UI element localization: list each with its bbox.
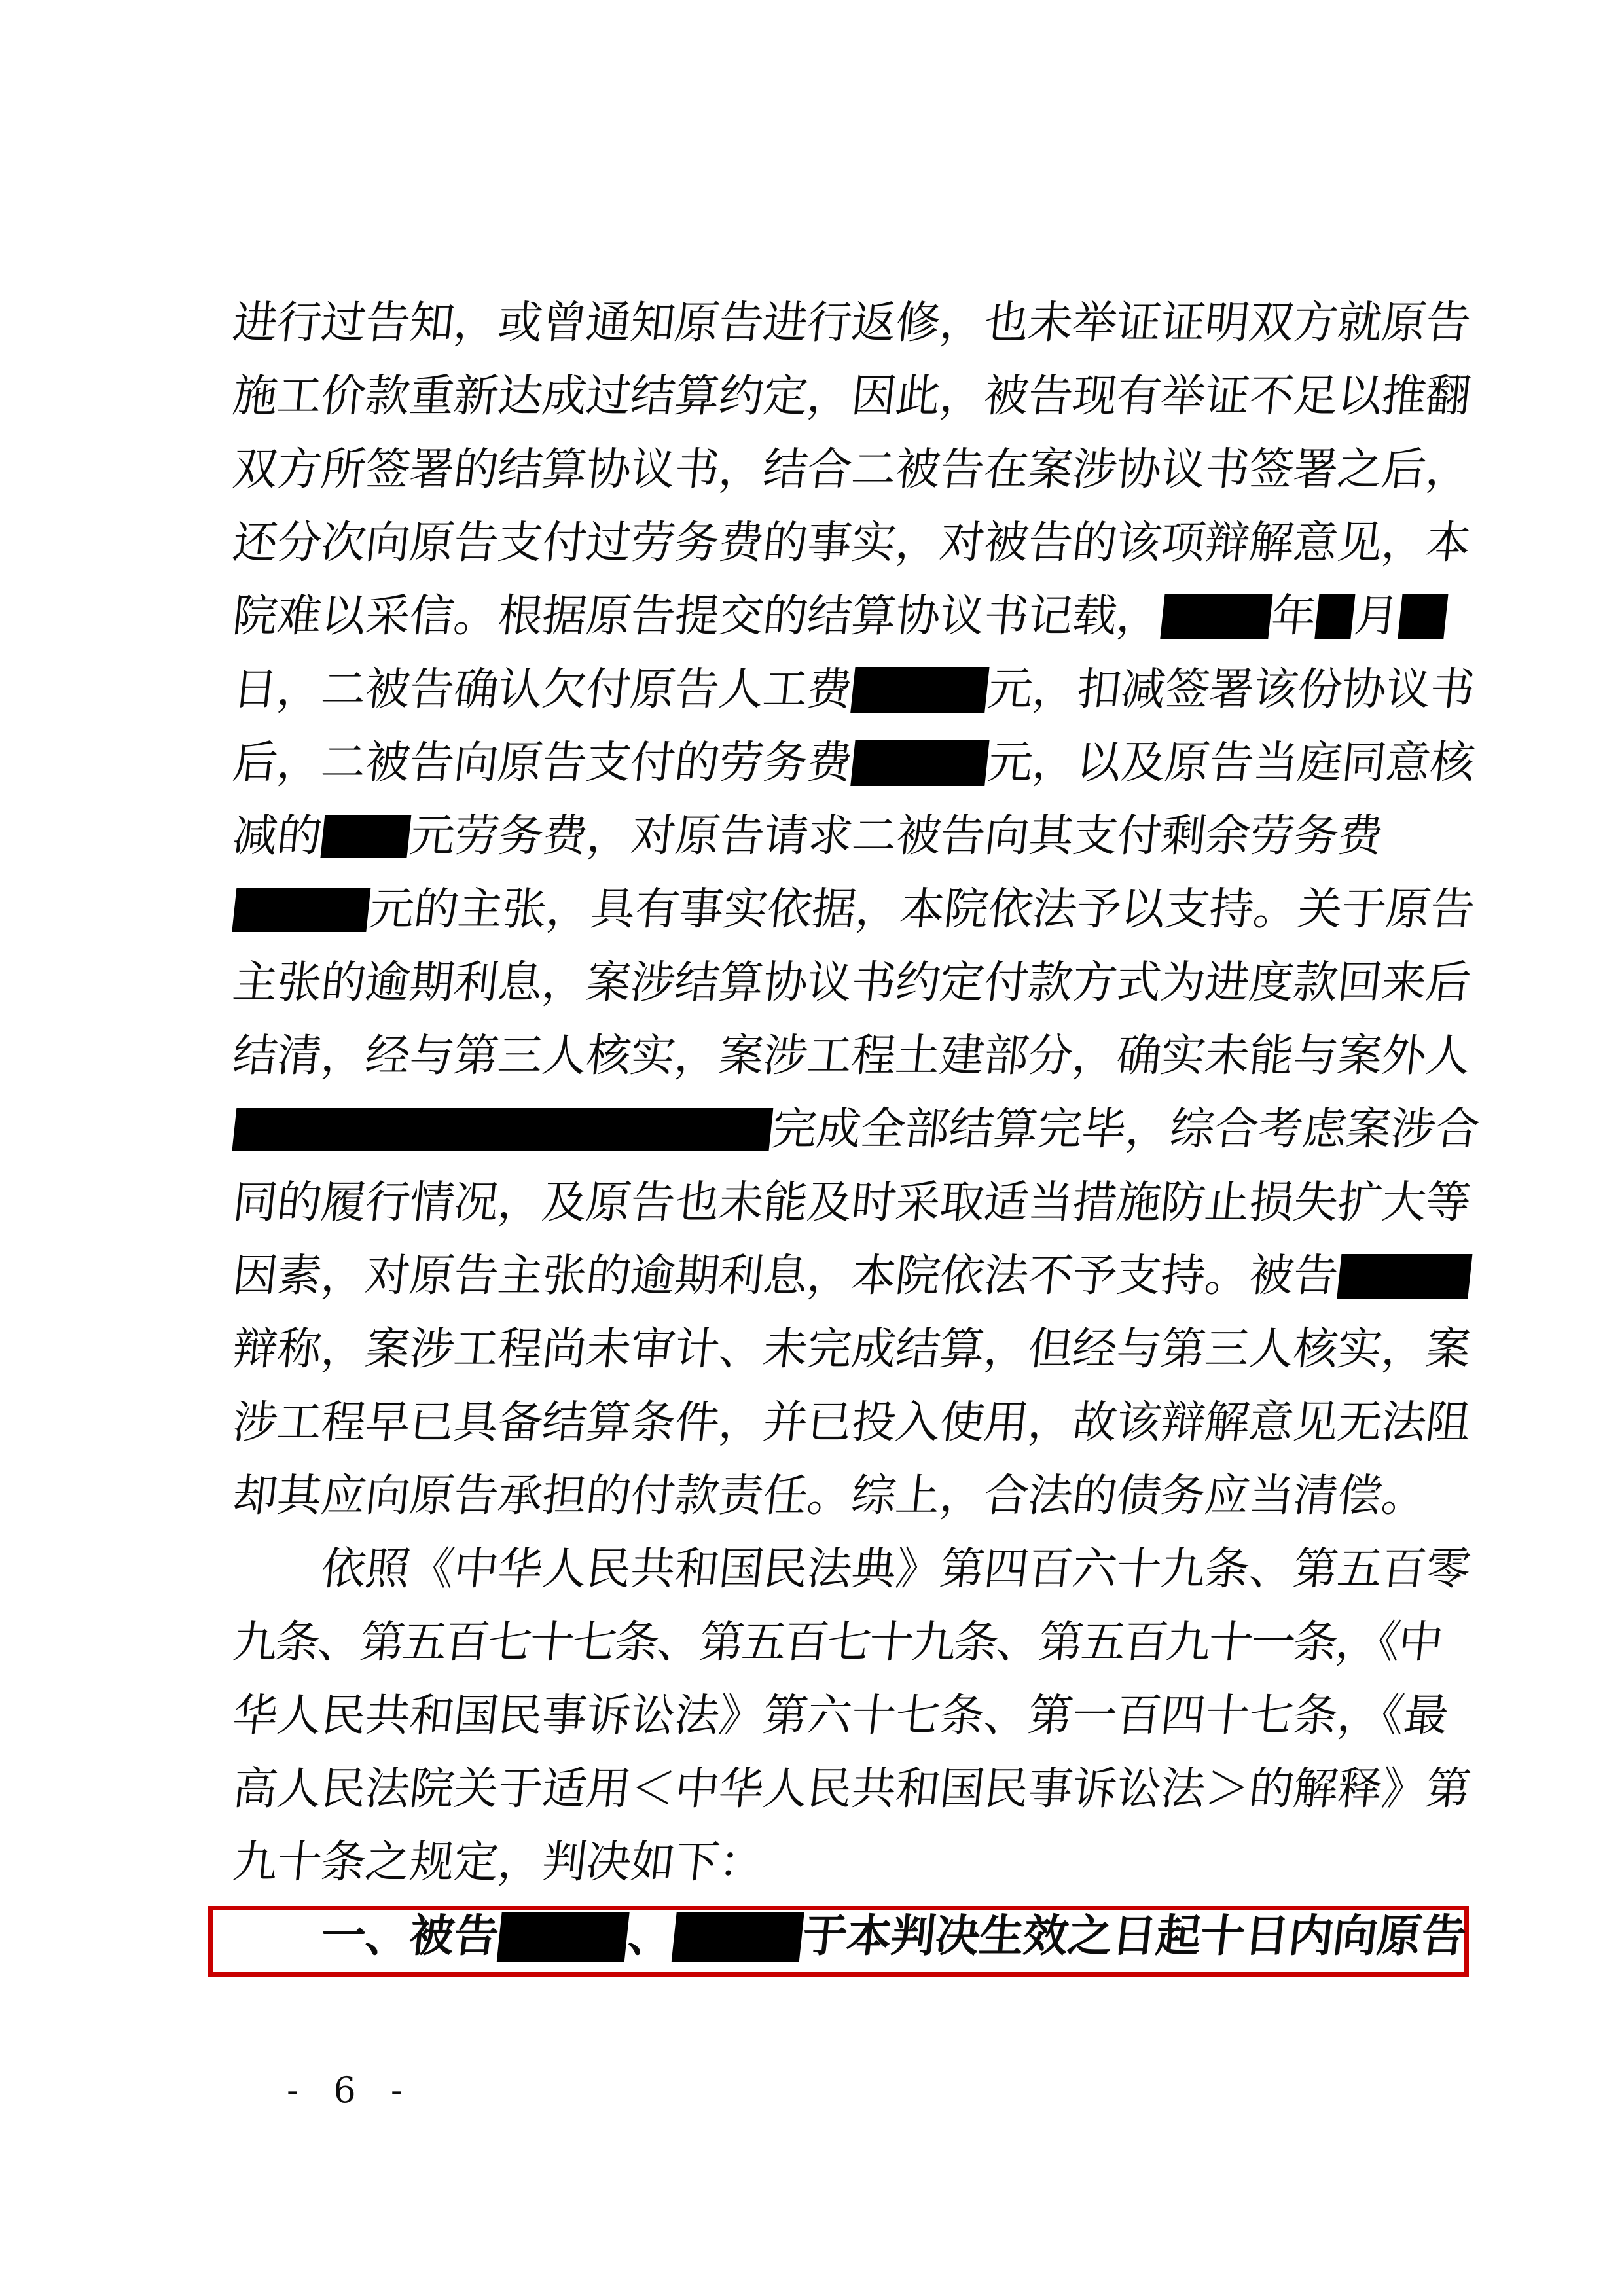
text-line-7: 后，二被告向原告支付的劳务费元，以及原告当庭同意核 (229, 726, 1475, 800)
text-line-2: 施工价款重新达成过结算约定，因此，被告现有举证不足以推翻 (229, 360, 1475, 433)
text-line-19: 九条、第五百七十七条、第五百七十九条、第五百九十一条，《中 (229, 1606, 1475, 1679)
redaction-box (232, 1108, 773, 1151)
judgment-text-block: 进行过告知，或曾通知原告进行返修，也未举证证明双方就原告施工价款重新达成过结算约… (229, 287, 1468, 1973)
text-segment: 同的履行情况，及原告也未能及时采取适当措施防止损失扩大等 (230, 1177, 1473, 1229)
judgment-item-line: 一、被告、于本判决生效之日起十日内向原告 (229, 1899, 1475, 1973)
text-segment: 院难以采信。根据原告提交的结算协议书记载， (230, 590, 1164, 642)
text-segment: 九条、第五百七十七条、第五百七十九条、第五百九十一条，《中 (230, 1617, 1444, 1668)
text-segment: 因素，对原告主张的逾期利息，本院依法不予支持。被告 (230, 1250, 1341, 1302)
redaction-box (320, 815, 411, 858)
text-segment: 九十条之规定，判决如下： (230, 1837, 766, 1888)
text-segment: 施工价款重新达成过结算约定，因此，被告现有举证不足以推翻 (230, 370, 1473, 422)
text-segment: 减的 (230, 810, 324, 862)
text-segment: 元，扣减签署该份协议书 (986, 664, 1477, 715)
text-segment: 一、被告 (319, 1910, 501, 1962)
text-segment: 结清，经与第三人核实，案涉工程土建部分，确实未能与案外人 (230, 1030, 1473, 1082)
text-segment: 后，二被告向原告支付的劳务费 (230, 737, 854, 789)
text-segment: 元的主张，具有事实依据，本院依法予以支持。关于原告 (367, 884, 1477, 935)
redaction-box (1160, 594, 1272, 639)
redaction-box (850, 667, 989, 713)
text-segment: 日，二被告确认欠付原告人工费 (230, 664, 854, 715)
text-segment: 辩称，案涉工程尚未审计、未完成结算，但经与第三人核实，案 (230, 1323, 1473, 1375)
document-page: 进行过告知，或曾通知原告进行返修，也未举证证明双方就原告施工价款重新达成过结算约… (0, 0, 1624, 2296)
text-segment: 月 (1352, 590, 1401, 642)
text-line-8: 减的元劳务费，对原告请求二被告向其支付剩余劳务费 (229, 800, 1475, 873)
text-line-12: 完成全部结算完毕，综合考虑案涉合 (229, 1093, 1475, 1166)
text-line-4: 还分次向原告支付过劳务费的事实，对被告的该项辩解意见，本 (229, 507, 1475, 580)
text-line-13: 同的履行情况，及原告也未能及时采取适当措施防止损失扩大等 (229, 1166, 1475, 1240)
text-segment: 高人民法院关于适用＜中华人民共和国民事诉讼法＞的解释》第 (230, 1763, 1473, 1815)
text-line-3: 双方所签署的结算协议书，结合二被告在案涉协议书签署之后， (229, 433, 1475, 507)
redaction-box (1337, 1254, 1472, 1299)
page-number: - 6 - (287, 2070, 408, 2111)
text-line-21: 高人民法院关于适用＜中华人民共和国民事诉讼法＞的解释》第 (229, 1753, 1475, 1826)
redaction-box (850, 740, 989, 786)
text-line-18: 依照《中华人民共和国民法典》第四百六十九条、第五百零 (229, 1533, 1475, 1606)
text-line-14: 因素，对原告主张的逾期利息，本院依法不予支持。被告 (229, 1240, 1475, 1313)
text-line-16: 涉工程早已具备结算条件，并已投入使用，故该辩解意见无法阻 (229, 1386, 1475, 1460)
text-line-9: 元的主张，具有事实依据，本院依法予以支持。关于原告 (229, 873, 1475, 946)
text-segment: 依照《中华人民共和国民法典》第四百六十九条、第五百零 (319, 1543, 1473, 1595)
text-segment: 华人民共和国民事诉讼法》第六十七条、第一百四十七条，《最 (230, 1690, 1451, 1742)
redaction-box (1314, 594, 1355, 639)
text-segment: 元，以及原告当庭同意核 (986, 737, 1477, 789)
text-segment: 年 (1269, 590, 1318, 642)
redaction-box (1398, 594, 1448, 639)
text-segment: 主张的逾期利息，案涉结算协议书约定付款方式为进度款回来后 (230, 957, 1473, 1009)
redaction-box (497, 1912, 630, 1962)
text-line-6: 日，二被告确认欠付原告人工费元，扣减签署该份协议书 (229, 653, 1475, 726)
text-line-20: 华人民共和国民事诉讼法》第六十七条、第一百四十七条，《最 (229, 1679, 1475, 1753)
text-line-15: 辩称，案涉工程尚未审计、未完成结算，但经与第三人核实，案 (229, 1313, 1475, 1386)
text-segment: 元劳务费，对原告请求二被告向其支付剩余劳务费 (408, 810, 1385, 862)
text-segment: 双方所签署的结算协议书，结合二被告在案涉协议书签署之后， (230, 444, 1473, 495)
text-segment: 、 (626, 1910, 676, 1962)
text-segment: 进行过告知，或曾通知原告进行返修，也未举证证明双方就原告 (230, 297, 1473, 349)
text-segment: 还分次向原告支付过劳务费的事实，对被告的该项辩解意见，本 (230, 517, 1473, 569)
text-line-11: 结清，经与第三人核实，案涉工程土建部分，确实未能与案外人 (229, 1020, 1475, 1093)
text-line-10: 主张的逾期利息，案涉结算协议书约定付款方式为进度款回来后 (229, 946, 1475, 1020)
redaction-box (232, 888, 370, 932)
text-line-1: 进行过告知，或曾通知原告进行返修，也未举证证明双方就原告 (229, 287, 1475, 360)
redaction-box (671, 1912, 804, 1962)
text-segment: 完成全部结算完毕，综合考虑案涉合 (770, 1103, 1482, 1155)
text-segment: 却其应向原告承担的付款责任。综上，合法的债务应当清偿。 (230, 1470, 1429, 1522)
text-segment: 涉工程早已具备结算条件，并已投入使用，故该辩解意见无法阻 (230, 1397, 1473, 1448)
text-line-22: 九十条之规定，判决如下： (229, 1826, 1475, 1899)
text-line-17: 却其应向原告承担的付款责任。综上，合法的债务应当清偿。 (229, 1460, 1475, 1533)
text-line-5: 院难以采信。根据原告提交的结算协议书记载，年月 (229, 580, 1475, 653)
text-segment: 于本判决生效之日起十日内向原告 (800, 1910, 1468, 1962)
